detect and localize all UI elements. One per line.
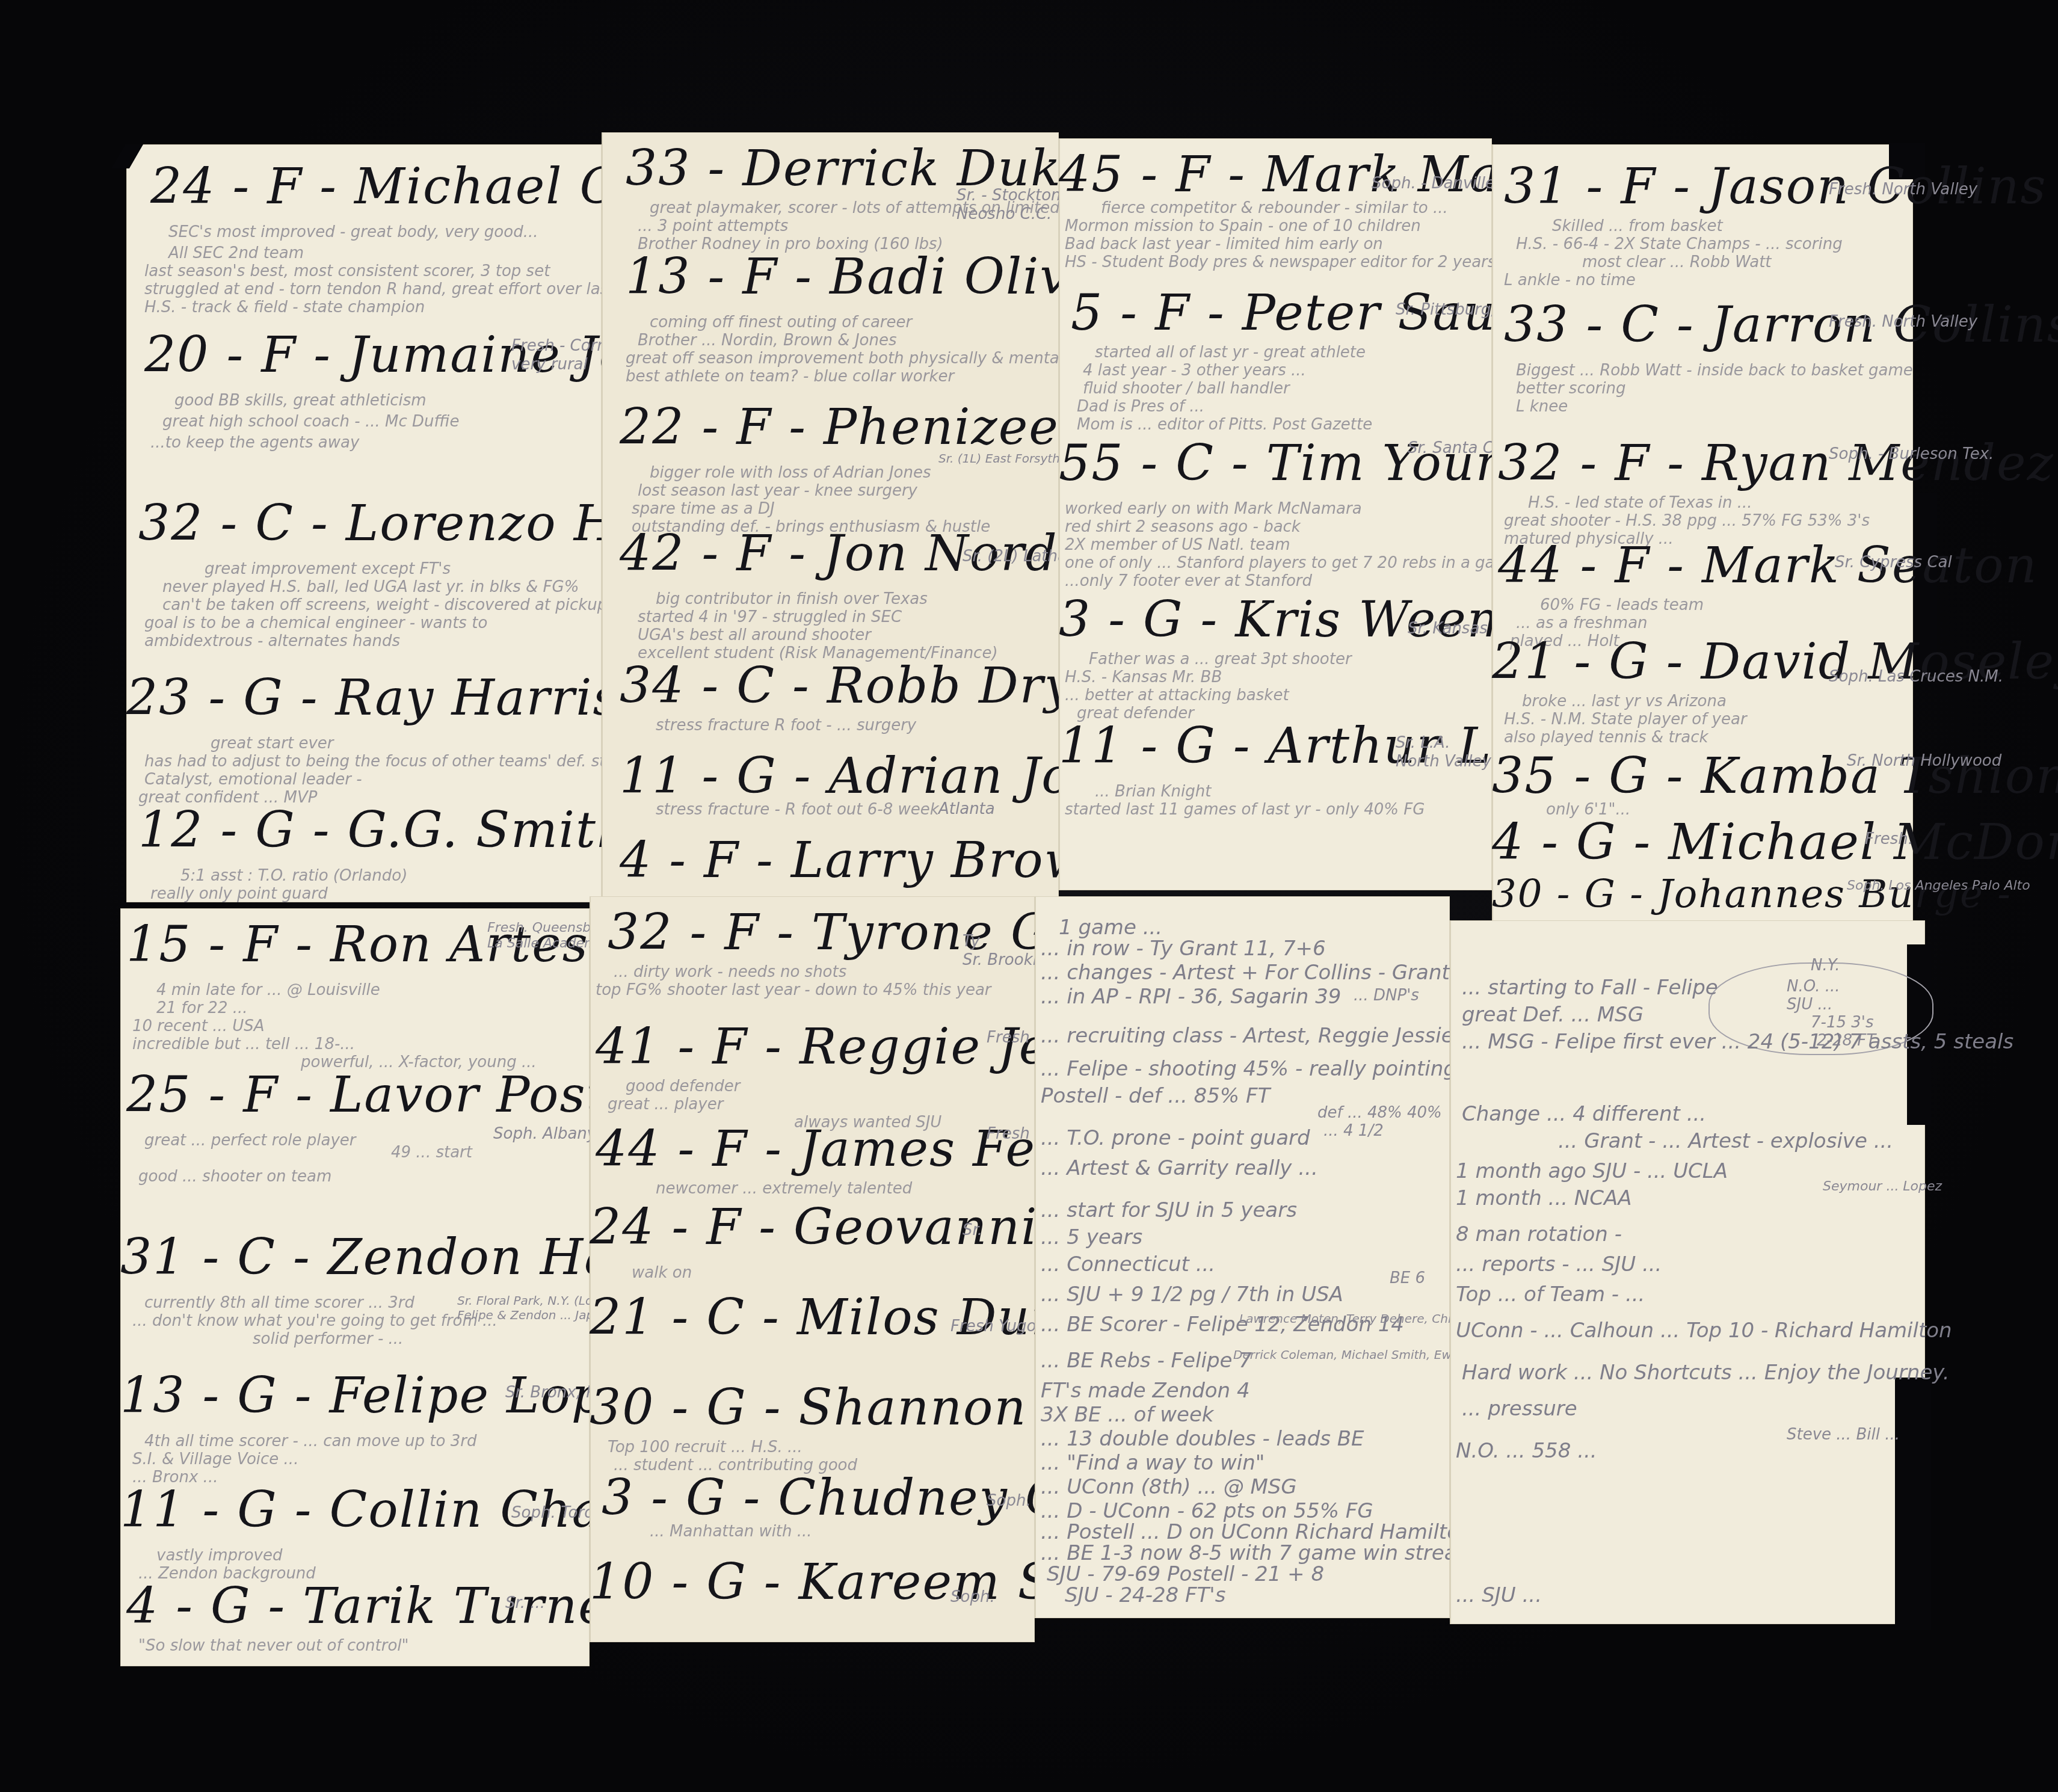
player-note: H.S. - 66-4 - 2X State Champs - ... scor… xyxy=(1516,235,1843,254)
folder-top-left: 24 - F - Michael Chadwick SEC's most imp… xyxy=(126,144,602,902)
player-note: vastly improved xyxy=(156,1546,282,1566)
player-note: ... better at attacking basket xyxy=(1065,686,1289,706)
player-label: 4 - G - Michael McDonald xyxy=(1492,818,2058,867)
pencil-note: 3X BE ... of week xyxy=(1041,1402,1214,1428)
player-note: newcomer ... extremely talented xyxy=(656,1179,912,1199)
player-note: better scoring xyxy=(1516,379,1625,399)
player-note: one of only ... Stanford players to get … xyxy=(1065,553,1520,573)
player-note: worked early on with Mark McNamara xyxy=(1065,499,1362,519)
pencil-note: Postell - def ... 85% FT xyxy=(1041,1083,1270,1109)
player-note: Father was a ... great 3pt shooter xyxy=(1089,650,1352,670)
pencil-note: ... UConn (8th) ... @ MSG xyxy=(1041,1474,1297,1500)
player-note: 49 ... start xyxy=(391,1143,472,1163)
pencil-note: ... in AP - RPI - 36, Sagarin 39 xyxy=(1041,984,1341,1010)
folder-bottom-second: 32 - F - Tyrone Grant Ty Sr. Brooklyn ..… xyxy=(590,896,1035,1642)
player-note: Bad back last year - limited him early o… xyxy=(1065,235,1383,254)
player-note: lost season last year - knee surgery xyxy=(638,481,917,501)
player-note: 4th all time scorer - ... can move up to… xyxy=(144,1432,476,1452)
player-note: good BB skills, great athleticism xyxy=(174,391,427,411)
player-side-note: Sr. ... xyxy=(505,1594,550,1613)
folder-crease xyxy=(1450,920,1451,1624)
player-side-note: Fresh xyxy=(987,1029,1030,1047)
pencil-note: ... 5 years xyxy=(1041,1224,1142,1251)
player-note: also played tennis & track xyxy=(1504,728,1708,748)
player-side-note: Fresh. North Valley xyxy=(1829,180,1977,199)
pencil-note: Steve ... Bill ... xyxy=(1787,1426,1900,1444)
player-note: Top 100 recruit ... H.S. ... xyxy=(608,1438,803,1458)
player-note: incredible but ... tell ... 18-... xyxy=(132,1035,355,1055)
player-note: ... Brian Knight xyxy=(1095,782,1211,802)
player-note: coming off finest outing of career xyxy=(650,313,912,333)
folder-top-third: 45 - F - Mark Madsen Soph. - Danville, C… xyxy=(1059,138,1492,890)
player-note: great playmaker, scorer - lots of attemp… xyxy=(650,199,1128,218)
pencil-note: 8 man rotation - xyxy=(1456,1221,1622,1248)
player-side-note: Soph. - Burleson Tex. xyxy=(1829,445,1994,464)
player-note: Skilled ... from basket xyxy=(1552,217,1723,236)
player-note: ...to keep the agents away xyxy=(150,433,359,453)
player-label: 4 - F - Larry Brown xyxy=(620,836,1121,885)
player-label: 13 - F - Badi Oliver xyxy=(626,253,1124,302)
pencil-note: ... in row - Ty Grant 11, 7+6 xyxy=(1041,935,1326,962)
player-note: Catalyst, emotional leader - xyxy=(144,770,362,790)
player-note: great shooter - H.S. 38 ppg ... 57% FG 5… xyxy=(1504,511,1870,531)
player-side-note: Atlanta xyxy=(938,800,995,819)
pencil-note: Change ... 4 different ... xyxy=(1462,1101,1706,1127)
folder-crease xyxy=(590,896,591,1642)
player-note: ambidextrous - alternates hands xyxy=(144,632,400,651)
player-note: solid performer - ... xyxy=(253,1329,403,1349)
tab-cut xyxy=(1895,1378,1931,1630)
folder-bottom-left: 15 - F - Ron Artest Fresh. Queensbridge … xyxy=(120,908,590,1666)
folder-bottom-third: 1 game ... ... in row - Ty Grant 11, 7+6… xyxy=(1035,896,1450,1618)
player-side-note: Soph. Los Angeles Palo Alto xyxy=(1847,878,2030,894)
pencil-note: ... DNP's xyxy=(1354,987,1419,1005)
player-note: never played H.S. ball, led UGA last yr.… xyxy=(162,577,579,597)
player-note: UGA's best all around shooter xyxy=(638,626,871,645)
player-note: 21 for 22 ... xyxy=(156,999,248,1018)
pencil-note: ... SJU + 9 1/2 pg / 7th in USA xyxy=(1041,1281,1343,1308)
circled-note-line: N.Y. xyxy=(1811,956,1840,975)
folder-crease xyxy=(602,132,603,902)
pencil-note: ... MSG - Felipe first ever ... 24 (5-12… xyxy=(1462,1029,2013,1055)
player-note: big contributor in finish over Texas xyxy=(656,590,928,609)
pencil-note: Top ... of Team - ... xyxy=(1456,1281,1645,1308)
player-note: 60% FG - leads team xyxy=(1540,596,1704,615)
player-note: struggled at end - torn tendon R hand, g… xyxy=(144,280,679,300)
folder-top-second: 33 - Derrick Dukes F Sr. - Stockton, Cal… xyxy=(602,132,1059,902)
player-note: ... 3 point attempts xyxy=(638,217,788,236)
player-side-note: Sr. North Hollywood xyxy=(1847,752,2001,771)
player-note: H.S. - track & field - state champion xyxy=(144,298,425,318)
pencil-note: FT's made Zendon 4 xyxy=(1041,1378,1250,1404)
player-note: 4 last year - 3 other years ... xyxy=(1083,361,1306,381)
player-note: red shirt 2 seasons ago - back xyxy=(1065,517,1301,537)
player-note: 4 min late for ... @ Louisville xyxy=(156,981,380,1000)
pencil-note: ... Artest & Garrity really ... xyxy=(1041,1155,1318,1181)
player-note: goal is to be a chemical engineer - want… xyxy=(144,614,487,633)
pencil-note: N.O. ... 558 ... xyxy=(1456,1438,1597,1464)
circled-note-line: SJU ... xyxy=(1787,996,1832,1014)
pencil-note: 1 month ago SJU - ... UCLA xyxy=(1456,1158,1728,1184)
player-note: ... don't know what you're going to get … xyxy=(132,1311,498,1331)
pencil-note: ... "Find a way to win" xyxy=(1041,1450,1265,1476)
player-note: started last 11 games of last yr - only … xyxy=(1065,800,1425,820)
player-note: ... Manhattan with ... xyxy=(650,1522,812,1542)
player-note: Mormon mission to Spain - one of 10 chil… xyxy=(1065,217,1421,236)
pencil-note: ... Grant - ... Artest - explosive ... xyxy=(1558,1128,1893,1154)
player-side-note: Fresh xyxy=(987,1125,1030,1144)
player-note: bigger role with loss of Adrian Jones xyxy=(650,463,931,483)
player-label: 32 - C - Lorenzo Hall xyxy=(138,499,683,549)
pencil-note: ... Connecticut ... xyxy=(1041,1251,1215,1278)
player-note: ...only 7 footer ever at Stanford xyxy=(1065,571,1312,591)
pencil-note: great Def. ... MSG xyxy=(1462,1002,1644,1028)
player-label: 12 - G - G.G. Smith xyxy=(138,806,630,855)
player-note: spare time as a DJ xyxy=(632,499,775,519)
player-note: Mom is ... editor of Pitts. Post Gazette xyxy=(1077,415,1372,435)
pencil-note: ... pressure xyxy=(1462,1396,1577,1422)
pencil-note: ... starting to Fall - Felipe xyxy=(1462,975,1718,1001)
folder-top-right: 31 - F - Jason Collins Fresh. North Vall… xyxy=(1492,144,1913,926)
pencil-note: ... BE Rebs - Felipe 7 xyxy=(1041,1347,1252,1374)
pencil-note: ... reports - ... SJU ... xyxy=(1456,1251,1662,1278)
player-note: can't be taken off screens, weight - dis… xyxy=(162,596,665,615)
player-note: good ... shooter on team xyxy=(138,1167,331,1187)
player-side-note: Sr. xyxy=(963,1221,982,1240)
player-note: last season's best, most consistent scor… xyxy=(144,262,550,282)
folder-crease xyxy=(1492,144,1493,926)
player-note: Brother ... Nordin, Brown & Jones xyxy=(638,331,896,351)
player-note: started all of last yr - great athlete xyxy=(1095,343,1366,363)
player-note: fluid shooter / ball handler xyxy=(1083,379,1290,399)
player-note: SEC's most improved - great body, very g… xyxy=(168,223,538,242)
player-side-note: Soph. xyxy=(987,1492,1031,1510)
player-note: broke ... last yr vs Arizona xyxy=(1522,692,1727,712)
player-note: top FG% shooter last year - down to 45% … xyxy=(596,981,991,1000)
player-note: H.S. - led state of Texas in ... xyxy=(1528,493,1752,513)
pencil-note: BE 6 xyxy=(1390,1269,1425,1288)
pencil-note: ... Felipe - shooting 45% - really point… xyxy=(1041,1056,1482,1082)
player-note: HS - Student Body pres & newspaper edito… xyxy=(1065,253,1496,272)
player-note: good defender xyxy=(626,1077,740,1097)
pencil-note: Hard work ... No Shortcuts ... Enjoy the… xyxy=(1462,1359,1950,1386)
player-note: most clear ... Robb Watt xyxy=(1582,253,1772,272)
player-note: All SEC 2nd team xyxy=(168,244,304,263)
player-note: ... as a freshman xyxy=(1516,614,1648,633)
player-note: fierce competitor & rebounder - similar … xyxy=(1101,199,1448,218)
player-side-note: Soph. xyxy=(950,1588,995,1607)
player-note: great start ever xyxy=(211,734,333,754)
player-label: 4 - G - Tarik Turner xyxy=(126,1582,633,1631)
player-note: walk on xyxy=(632,1263,692,1283)
player-label: 23 - G - Ray Harrison xyxy=(126,674,683,723)
player-note: 10 recent ... USA xyxy=(132,1017,265,1036)
pencil-note: ... 13 double doubles - leads BE xyxy=(1041,1426,1364,1452)
player-note: Dad is Pres of ... xyxy=(1077,397,1204,417)
pencil-note: ... 4 1/2 xyxy=(1323,1122,1384,1141)
player-note: started 4 in '97 - struggled in SEC xyxy=(638,608,902,627)
player-note: "So slow that never out of control" xyxy=(138,1636,409,1656)
player-note: H.S. - N.M. State player of year xyxy=(1504,710,1747,730)
player-note: great ... perfect role player xyxy=(144,1131,356,1151)
folder-crease xyxy=(1035,896,1036,1618)
pencil-note: 1 month ... NCAA xyxy=(1456,1185,1632,1212)
player-note: great high school coach - ... Mc Duffie xyxy=(162,412,460,432)
folder-crease xyxy=(1059,138,1060,890)
player-note: great improvement except FT's xyxy=(205,559,451,579)
player-note: L ankle - no time xyxy=(1504,271,1636,291)
player-label: 44 - F - Mark Seaton xyxy=(1498,541,2038,591)
player-note: H.S. - Kansas Mr. BB xyxy=(1065,668,1222,688)
player-note: 2X member of US Natl. team xyxy=(1065,535,1290,555)
player-note: best athlete on team? - blue collar work… xyxy=(626,367,954,387)
player-side-note: Soph. Las Cruces N.M. xyxy=(1829,668,2003,686)
pencil-note: SJU - 24-28 FT's xyxy=(1065,1582,1225,1609)
pencil-note: ... T.O. prone - point guard xyxy=(1041,1125,1310,1151)
player-side-note: Fresh. North Valley xyxy=(1829,313,1977,331)
player-side-note: Sr. Cypress Cal xyxy=(1835,553,1952,572)
pencil-note: UConn - ... Calhoun ... Top 10 - Richard… xyxy=(1456,1317,1952,1344)
player-note: S.I. & Village Voice ... xyxy=(132,1450,298,1470)
player-note: 5:1 asst : T.O. ratio (Orlando) xyxy=(180,866,407,886)
pencil-note: ... start for SJU in 5 years xyxy=(1041,1197,1297,1224)
player-note: great off season improvement both physic… xyxy=(626,349,1077,369)
folder-bottom-right: N.Y. N.O. ... SJU ... 7-15 3's 2-28 FT .… xyxy=(1450,920,1925,1624)
player-side-note: Sr. L.A. North Valley xyxy=(1396,734,1491,771)
player-note: stress fracture R foot - ... surgery xyxy=(656,716,916,736)
circled-note-line: N.O. ... xyxy=(1787,978,1840,996)
player-note: has had to adjust to being the focus of … xyxy=(144,752,656,772)
player-side-note: Fresh. xyxy=(1865,830,1913,849)
player-note: really only point guard xyxy=(150,884,328,904)
player-note: ... dirty work - needs no shots xyxy=(614,962,846,982)
player-note: Biggest ... Robb Watt - inside back to b… xyxy=(1516,361,1913,381)
player-note: stress fracture - R foot out 6-8 week xyxy=(656,800,939,820)
pencil-note: def ... 48% 40% xyxy=(1317,1104,1442,1122)
player-note: great ... player xyxy=(608,1095,723,1115)
pencil-note: ... SJU ... xyxy=(1456,1582,1542,1609)
player-note: currently 8th all time scorer ... 3rd xyxy=(144,1293,414,1313)
pencil-note: Seymour ... Lopez xyxy=(1823,1179,1942,1195)
player-note: L knee xyxy=(1516,397,1568,417)
